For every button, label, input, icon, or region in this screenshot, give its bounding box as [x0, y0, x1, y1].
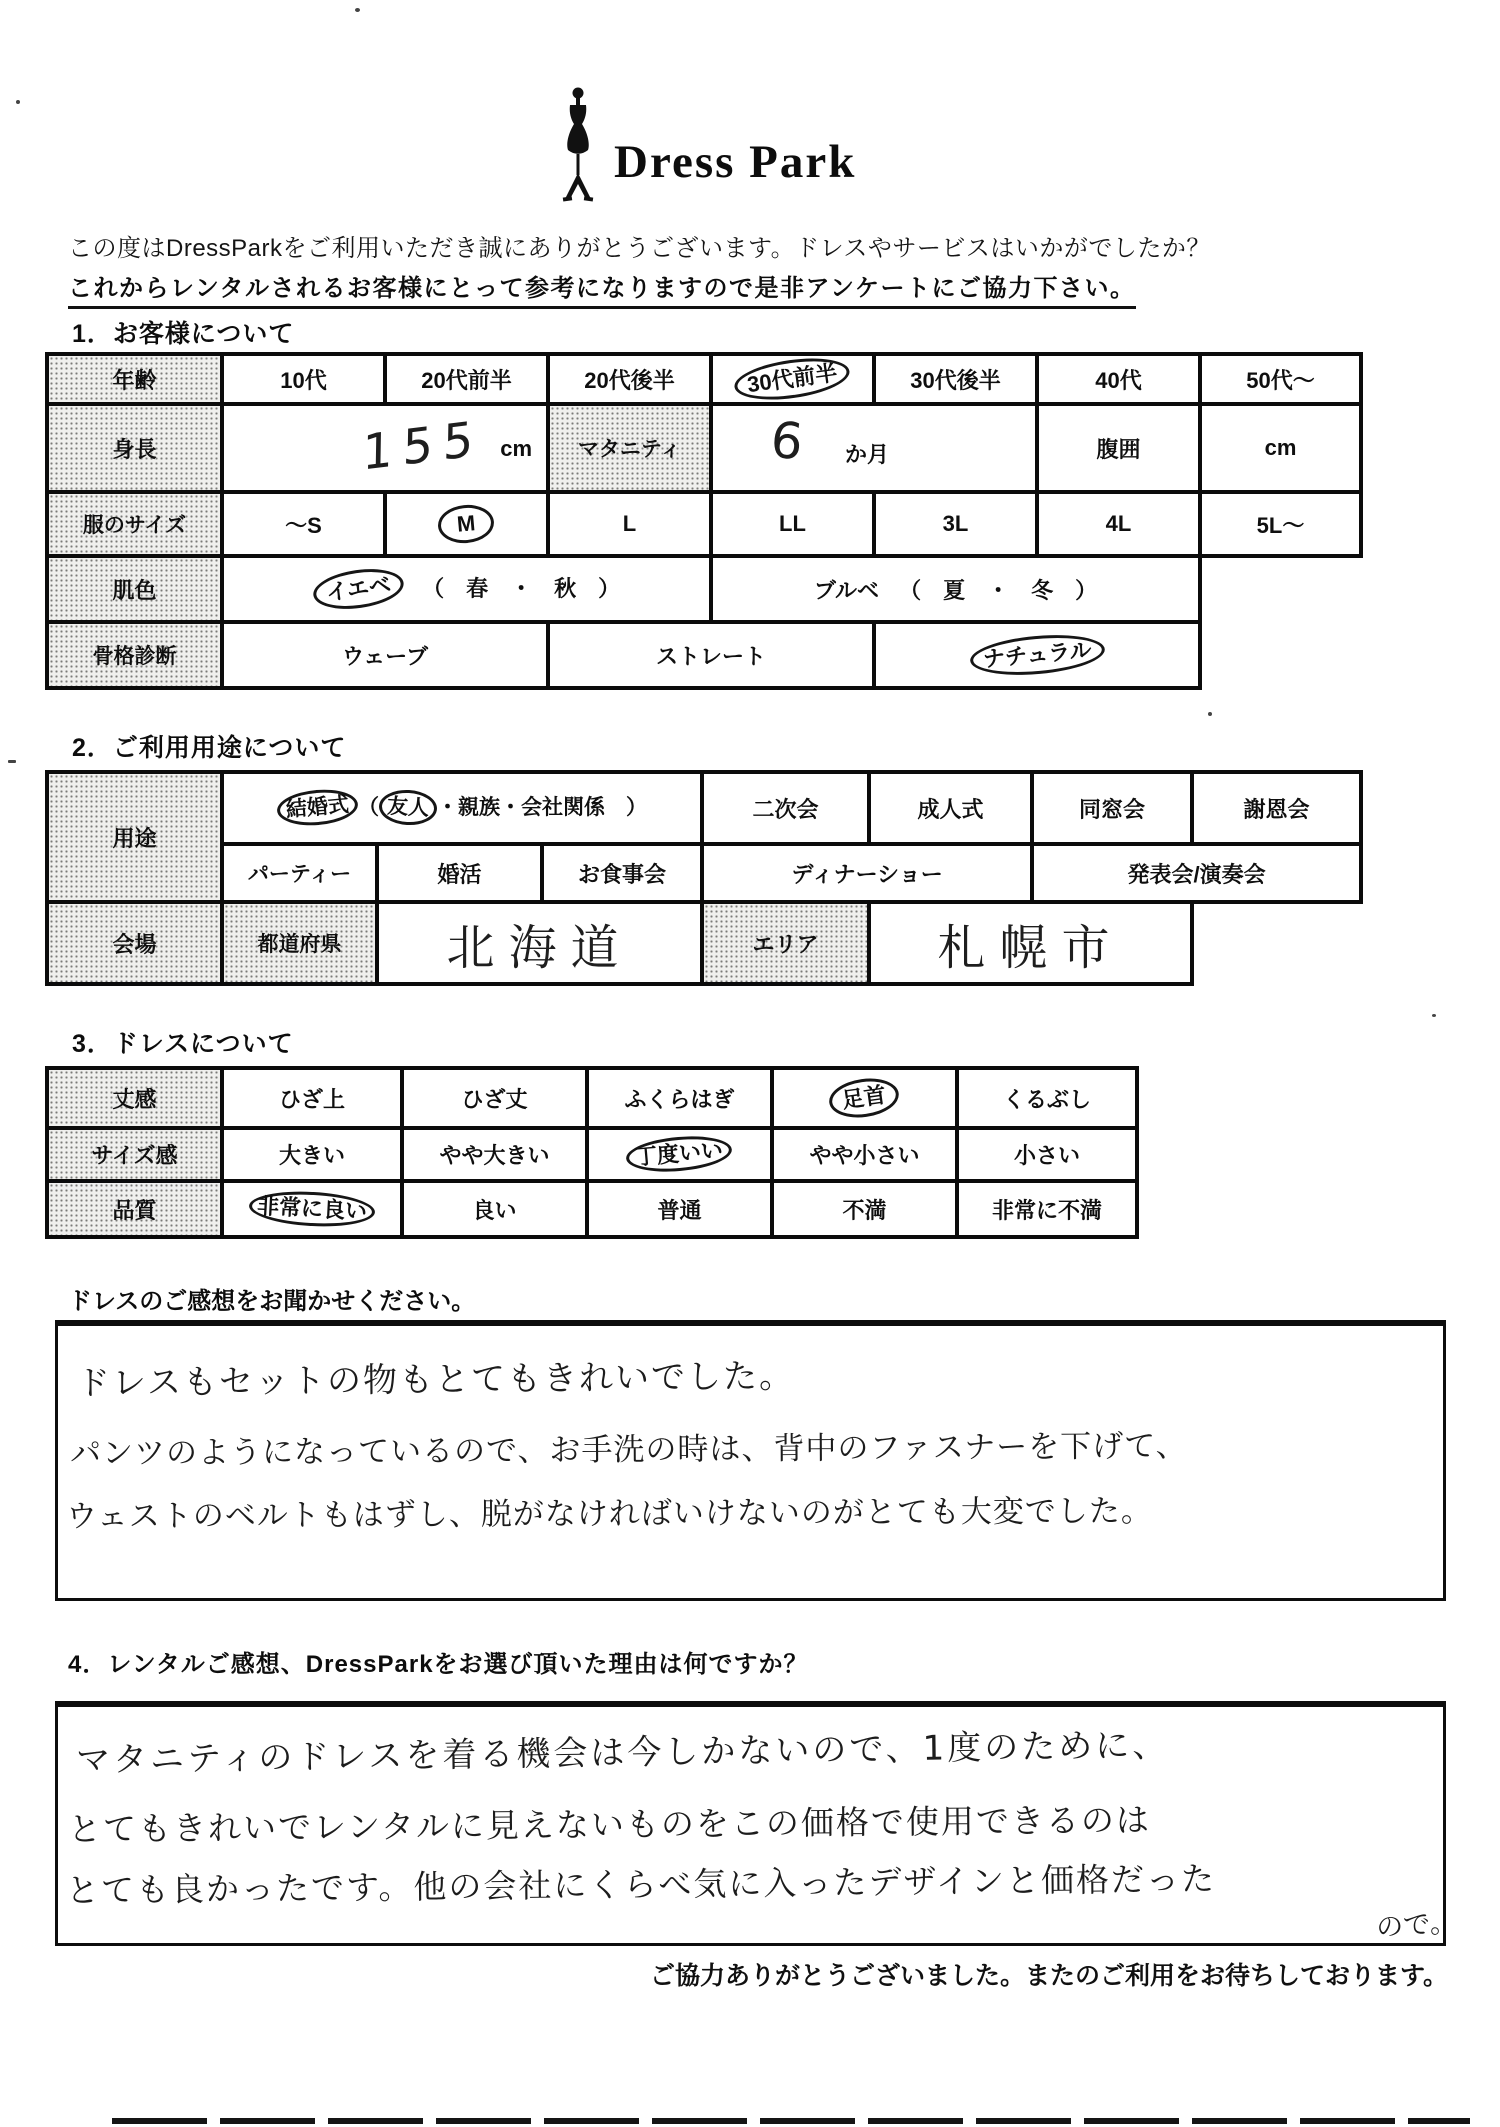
frame-option-straight: ストレート	[548, 622, 874, 688]
clothing-size-row: 服のサイズ ～S M L LL 3L 4L 5L～	[47, 492, 1361, 556]
dress-comment-box: ドレスもセットの物もとてもきれいでした。 パンツのようになっているので、お手洗の…	[55, 1320, 1446, 1601]
prefecture-value-cell: 北海道	[377, 902, 702, 984]
prefecture-label-cell: 都道府県	[222, 902, 377, 984]
length-label-cell: 丈感	[47, 1068, 222, 1128]
purpose-option-reunion: 同窓会	[1032, 772, 1192, 844]
circle-annotation: 結婚式	[276, 787, 360, 829]
quality-option-text: 非常に不満	[992, 1198, 1102, 1223]
age-option-late20s: 20代後半	[548, 354, 711, 404]
length-option-text: くるぶし	[1003, 1087, 1091, 1112]
quality-label: 品質	[112, 1198, 156, 1223]
purpose-option-note: ・親族・会社関係 ）	[437, 796, 647, 819]
dress-comment-line: パンツのようになっているので、お手洗の時は、背中のファスナーを下げて、	[70, 1420, 1188, 1473]
quality-option-verydissatisfied: 非常に不満	[957, 1181, 1137, 1237]
size-option-text: 4L	[1106, 511, 1132, 536]
dress-form-icon	[556, 85, 600, 213]
frame-option-natural-selected: ナチュラル	[874, 622, 1200, 688]
size-option-4l: 4L	[1037, 492, 1200, 556]
purpose-option-text: 婚活	[437, 862, 481, 887]
venue-label: 会場	[112, 932, 156, 957]
fit-row: サイズ感 大きい やや大きい 丁度いい やや小さい 小さい	[47, 1128, 1137, 1181]
length-option-text: ひざ丈	[461, 1087, 527, 1112]
quality-option-dissatisfied: 不満	[772, 1181, 957, 1237]
quality-option-normal: 普通	[587, 1181, 772, 1237]
size-option-text: ～S	[285, 513, 322, 538]
skin-tone-row: 肌色 イエベ （ 春 ・ 秋 ） ブルベ （ 夏 ・ 冬 ）	[47, 556, 1361, 622]
size-option-text: M	[456, 510, 476, 537]
fit-option-text: 丁度いい	[635, 1138, 725, 1171]
scan-speck	[355, 8, 360, 12]
fit-label-cell: サイズ感	[47, 1128, 222, 1181]
purpose-option-comingofage: 成人式	[869, 772, 1032, 844]
empty-cell	[1200, 556, 1361, 622]
length-option-text: ひざ上	[279, 1087, 345, 1112]
purpose-label-cell: 用途	[47, 772, 222, 902]
skin-label-cell: 肌色	[47, 556, 222, 622]
circle-annotation: 30代前半	[732, 352, 853, 406]
purpose-option-text: お食事会	[578, 862, 666, 887]
height-value-cell: 155 cm	[222, 404, 548, 492]
circle-annotation: 友人	[378, 789, 438, 827]
intro-line-2: これからレンタルされるお客様にとって参考になりますので是非アンケートにご協力下さ…	[68, 268, 1136, 309]
frame-label: 骨格診断	[93, 645, 177, 668]
age-option-10s: 10代	[222, 354, 385, 404]
prefecture-label: 都道府県	[258, 933, 342, 956]
customer-table: 年齢 10代 20代前半 20代後半 30代前半 30代後半 40代 50代～ …	[45, 352, 1363, 690]
age-option-late30s: 30代後半	[874, 354, 1037, 404]
area-label: エリア	[753, 932, 819, 957]
size-label-cell: 服のサイズ	[47, 492, 222, 556]
size-label: 服のサイズ	[83, 514, 186, 537]
skin-blue-cell: ブルベ （ 夏 ・ 冬 ）	[711, 556, 1200, 622]
age-option-text: 10代	[280, 368, 326, 393]
rental-comment-line: とてもきれいでレンタルに見えないものをこの価格で使用できるのは	[68, 1794, 1151, 1850]
maternity-label: マタニティ	[578, 438, 681, 461]
venue-label-cell: 会場	[47, 902, 222, 984]
length-label: 丈感	[112, 1087, 156, 1112]
fit-option-text: 大きい	[279, 1143, 345, 1168]
fit-option-justright-selected: 丁度いい	[587, 1128, 772, 1181]
maternity-unit: か月	[845, 438, 889, 469]
size-option-s: ～S	[222, 492, 385, 556]
frame-diagnosis-row: 骨格診断 ウェーブ ストレート ナチュラル	[47, 622, 1361, 688]
waist-unit-cell: cm	[1200, 404, 1361, 492]
frame-option-text: ウェーブ	[342, 644, 428, 669]
age-option-early30s-selected: 30代前半	[711, 354, 874, 404]
quality-option-good: 良い	[402, 1181, 587, 1237]
size-option-text: 3L	[943, 511, 969, 536]
scan-speck	[8, 760, 16, 763]
length-option-calf: ふくらはぎ	[587, 1068, 772, 1128]
waist-label-cell: 腹囲	[1037, 404, 1200, 492]
size-option-text: L	[623, 511, 636, 536]
purpose-option-text: 友人	[386, 795, 429, 820]
area-label-cell: エリア	[702, 902, 869, 984]
fit-option-text: やや小さい	[809, 1143, 919, 1168]
purpose-row-1: 用途 結婚式（友人・親族・会社関係 ） 二次会 成人式 同窓会 謝恩会	[47, 772, 1361, 844]
circle-annotation: イエベ	[311, 564, 407, 615]
scan-speck	[1208, 712, 1212, 716]
fit-option-text: 小さい	[1014, 1143, 1080, 1168]
fit-option-small: 小さい	[957, 1128, 1137, 1181]
maternity-label-cell: マタニティ	[548, 404, 711, 492]
length-option-knee: ひざ丈	[402, 1068, 587, 1128]
circle-annotation: 足首	[827, 1074, 902, 1122]
size-option-3l: 3L	[874, 492, 1037, 556]
purpose-option-dinner: お食事会	[542, 844, 702, 902]
skin-blue-note: （ 夏 ・ 冬 ）	[899, 578, 1097, 603]
rental-comment-line-tail: ので。	[1375, 1900, 1458, 1945]
footer-thanks: ご協力ありがとうございました。またのご利用をお待ちしております。	[650, 1956, 1448, 1992]
purpose-option-afterparty: 二次会	[702, 772, 869, 844]
height-value-handwritten: 155	[362, 410, 484, 481]
dress-comment-line: ウェストのベルトもはずし、脱がなければいけないのがとても大変でした。	[66, 1485, 1153, 1536]
purpose-label: 用途	[112, 826, 156, 851]
section4-heading: 4．レンタルご感想、DressParkをお選び頂いた理由は何ですか？	[68, 1644, 809, 1679]
maternity-months-handwritten: 6	[768, 410, 806, 471]
purpose-row-2: パーティー 婚活 お食事会 ディナーショー 発表会/演奏会	[47, 844, 1361, 902]
length-option-ankle-selected: 足首	[772, 1068, 957, 1128]
scan-speck	[1432, 1014, 1436, 1017]
quality-option-text: 不満	[842, 1198, 886, 1223]
length-option-anklebone: くるぶし	[957, 1068, 1137, 1128]
skin-yellow-cell: イエベ （ 春 ・ 秋 ）	[222, 556, 711, 622]
purpose-option-text: 発表会/演奏会	[1127, 862, 1265, 887]
age-label: 年齢	[112, 368, 156, 393]
circle-annotation: 丁度いい	[625, 1133, 734, 1176]
fit-option-big: 大きい	[222, 1128, 402, 1181]
height-row: 身長 155 cm マタニティ 6 か月 腹囲 cm	[47, 404, 1361, 492]
dress-comment-line: ドレスもセットの物もとてもきれいでした。	[76, 1348, 795, 1405]
size-option-5l: 5L～	[1200, 492, 1361, 556]
usage-table: 用途 結婚式（友人・親族・会社関係 ） 二次会 成人式 同窓会 謝恩会 パーティ…	[45, 770, 1363, 986]
size-option-ll: LL	[711, 492, 874, 556]
quality-option-text: 普通	[657, 1198, 701, 1223]
purpose-option-thanksparty: 謝恩会	[1192, 772, 1361, 844]
scan-edge-artifact	[112, 2118, 1470, 2124]
purpose-option-text: 同窓会	[1079, 797, 1145, 822]
length-option-text: ふくらはぎ	[624, 1087, 734, 1112]
intro-line-1: この度はDressParkをご利用いただき誠にありがとうございます。ドレスやサー…	[68, 228, 1211, 263]
age-option-early20s: 20代前半	[385, 354, 548, 404]
fit-option-slightlybig: やや大きい	[402, 1128, 587, 1181]
prefecture-handwritten: 北海道	[447, 920, 633, 976]
frame-label-cell: 骨格診断	[47, 622, 222, 688]
age-row: 年齢 10代 20代前半 20代後半 30代前半 30代後半 40代 50代～	[47, 354, 1361, 404]
size-option-text: LL	[779, 511, 806, 536]
frame-option-wave: ウェーブ	[222, 622, 548, 688]
purpose-option-party: パーティー	[222, 844, 377, 902]
quality-option-verygood-selected: 非常に良い	[222, 1181, 402, 1237]
size-option-l: L	[548, 492, 711, 556]
quality-label-cell: 品質	[47, 1181, 222, 1237]
quality-row: 品質 非常に良い 良い 普通 不満 非常に不満	[47, 1181, 1137, 1237]
fit-option-slightlysmall: やや小さい	[772, 1128, 957, 1181]
purpose-option-text: ディナーショー	[791, 862, 942, 887]
age-option-text: 50代～	[1246, 368, 1314, 393]
height-label: 身長	[112, 437, 156, 462]
purpose-option-recital: 発表会/演奏会	[1032, 844, 1361, 902]
rental-comment-line: とても良かったです。他の会社にくらべ気に入ったデザインと価格だった	[66, 1853, 1216, 1912]
dress-comment-prompt: ドレスのご感想をお聞かせください。	[68, 1281, 475, 1316]
scan-speck	[16, 100, 20, 104]
brand-name: Dress Park	[614, 109, 856, 189]
quality-option-text: 非常に良い	[256, 1193, 367, 1224]
age-option-40s: 40代	[1037, 354, 1200, 404]
circle-annotation: 非常に良い	[248, 1189, 376, 1230]
age-option-text: 40代	[1095, 368, 1141, 393]
frame-option-text: ナチュラル	[982, 637, 1092, 671]
age-option-50s: 50代～	[1200, 354, 1361, 404]
height-label-cell: 身長	[47, 404, 222, 492]
scanned-survey-page: Dress Park この度はDressParkをご利用いただき誠にありがとうご…	[0, 0, 1500, 2127]
length-option-text: 足首	[841, 1082, 888, 1113]
section1-heading: 1．お客様について	[72, 314, 294, 350]
skin-label: 肌色	[112, 578, 156, 603]
section3-heading: 3．ドレスについて	[72, 1024, 294, 1060]
age-label-cell: 年齢	[47, 354, 222, 404]
skin-blue-text: ブルベ	[814, 578, 879, 603]
purpose-option-text: パーティー	[248, 863, 351, 886]
height-unit: cm	[500, 436, 532, 462]
area-value-cell: 札幌市	[869, 902, 1192, 984]
length-option-aboveknee: ひざ上	[222, 1068, 402, 1128]
empty-cell	[1200, 622, 1361, 688]
maternity-months-cell: 6 か月	[711, 404, 1037, 492]
age-option-text: 20代前半	[421, 368, 511, 393]
empty-cell	[1192, 902, 1361, 984]
venue-row: 会場 都道府県 北海道 エリア 札幌市	[47, 902, 1361, 984]
age-option-text: 30代前半	[746, 360, 839, 397]
fit-option-text: やや大きい	[439, 1143, 549, 1168]
circle-annotation: ナチュラル	[968, 630, 1106, 680]
rental-comment-box: マタニティのドレスを着る機会は今しかないので、1度のために、 とてもきれいでレン…	[55, 1701, 1446, 1946]
purpose-option-text: 謝恩会	[1244, 797, 1310, 822]
quality-option-text: 良い	[472, 1198, 516, 1223]
rental-comment-line: マタニティのドレスを着る機会は今しかないので、1度のために、	[76, 1717, 1170, 1781]
purpose-option-dinnershow: ディナーショー	[702, 844, 1032, 902]
fit-label: サイズ感	[91, 1143, 177, 1168]
age-option-text: 30代後半	[910, 368, 1000, 393]
size-option-m-selected: M	[385, 492, 548, 556]
purpose-option-text: 結婚式	[285, 794, 350, 822]
circle-annotation: M	[437, 502, 496, 545]
length-row: 丈感 ひざ上 ひざ丈 ふくらはぎ 足首 くるぶし	[47, 1068, 1137, 1128]
paren-text: （	[358, 796, 379, 819]
area-handwritten: 札幌市	[938, 920, 1124, 976]
section2-heading: 2．ご利用用途について	[72, 728, 346, 764]
size-option-text: 5L～	[1257, 513, 1305, 538]
frame-option-text: ストレート	[656, 644, 766, 669]
dress-table: 丈感 ひざ上 ひざ丈 ふくらはぎ 足首 くるぶし サイズ感 大きい やや大きい …	[45, 1066, 1139, 1239]
skin-yellow-note: （ 春 ・ 秋 ）	[422, 576, 620, 601]
purpose-wedding-cell: 結婚式（友人・親族・会社関係 ）	[222, 772, 702, 844]
waist-unit: cm	[1265, 435, 1297, 460]
skin-yellow-text: イエベ	[324, 571, 392, 605]
waist-label: 腹囲	[1096, 437, 1140, 462]
purpose-option-text: 成人式	[918, 797, 984, 822]
purpose-option-text: 二次会	[753, 797, 819, 822]
brand-logo: Dress Park	[556, 85, 856, 213]
purpose-option-konkatsu: 婚活	[377, 844, 542, 902]
age-option-text: 20代後半	[584, 368, 674, 393]
